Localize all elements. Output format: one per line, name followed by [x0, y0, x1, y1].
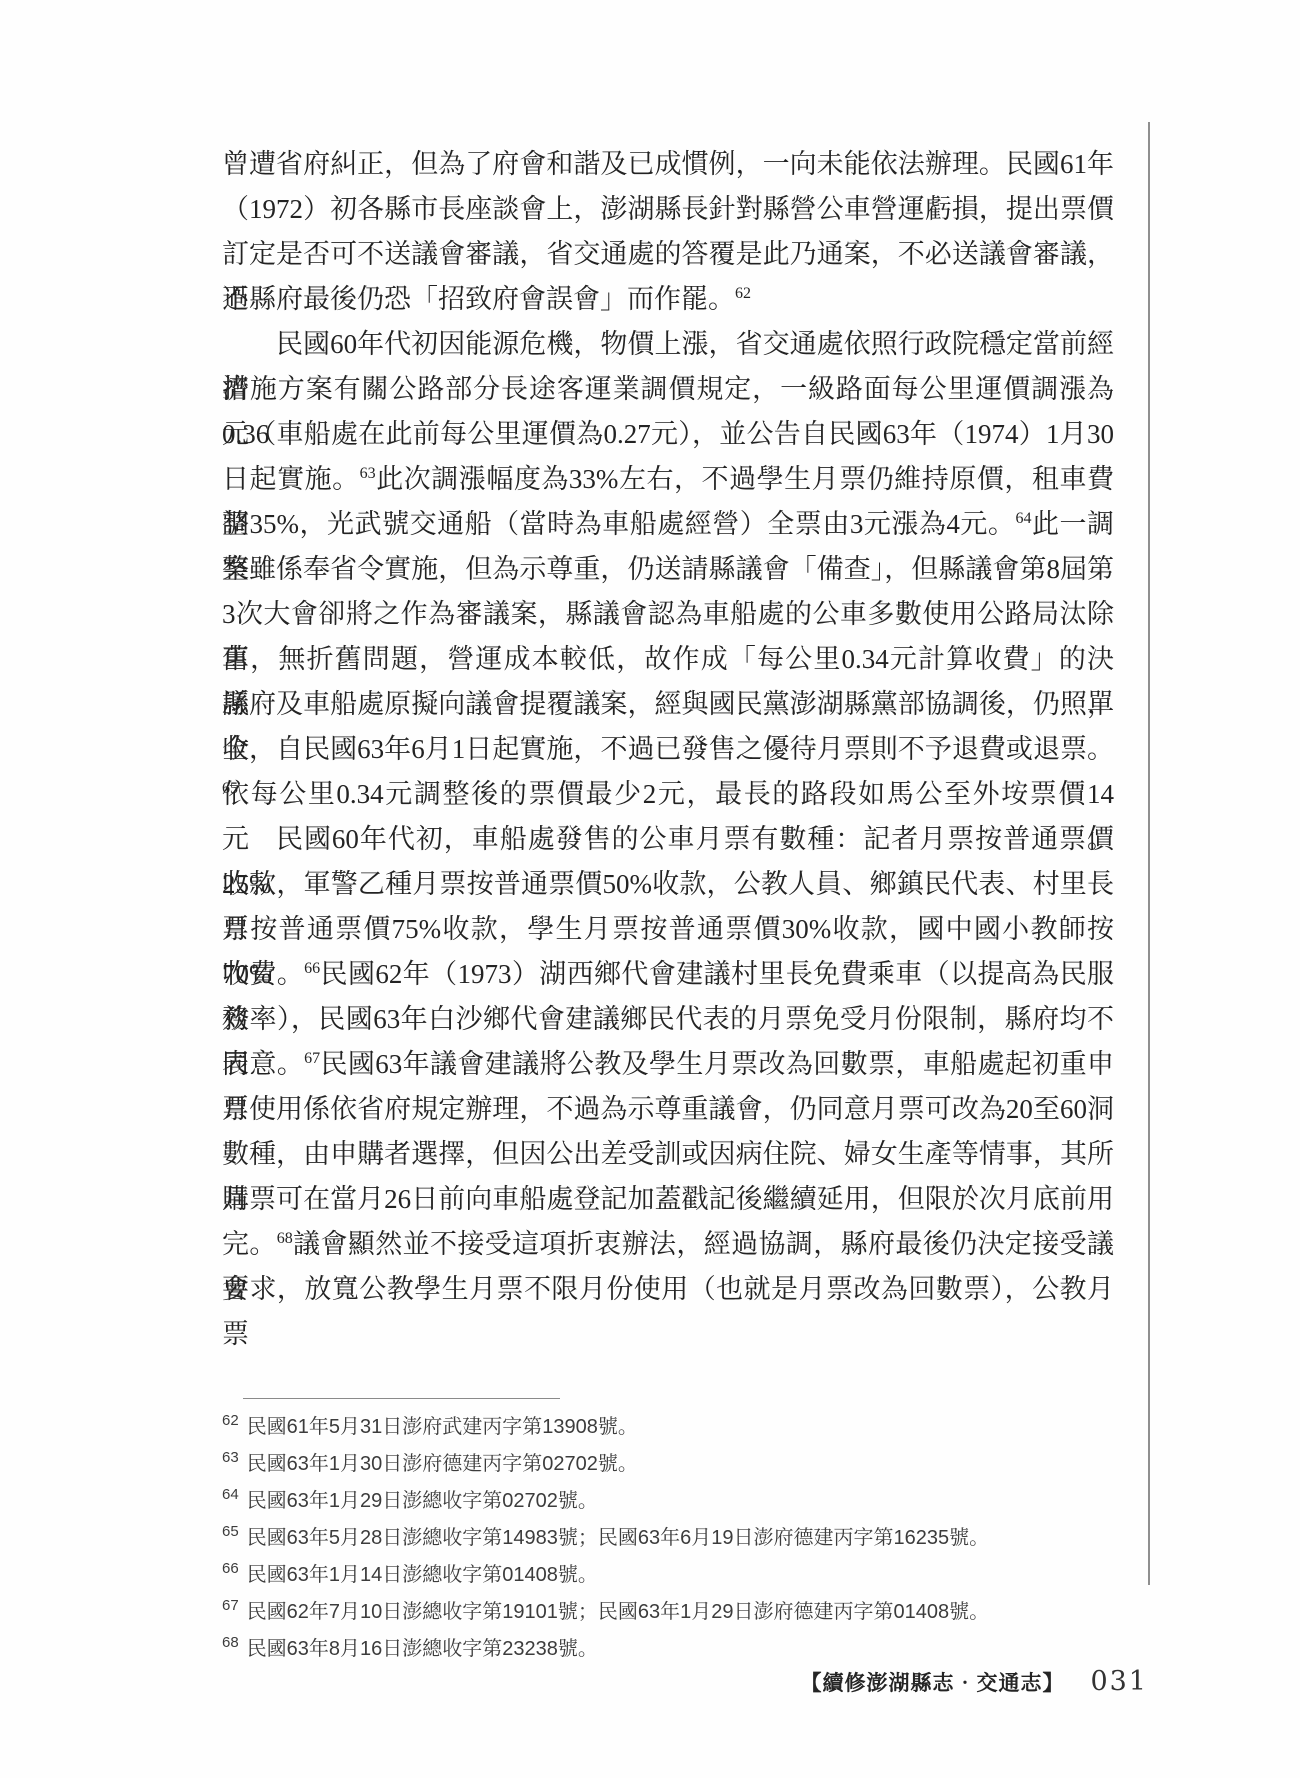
page-footer: 【續修澎湖縣志‧交通志】 031: [800, 1666, 1148, 1697]
footnote: 64民國63年1月29日澎總收字第02702號。: [222, 1483, 1102, 1520]
footnote: 67民國62年7月10日澎總收字第19101號；民國63年1月29日澎府德建丙字…: [222, 1594, 1102, 1631]
text-line: 依每公里0.34元調整後的票價最少2元，最長的路段如馬公至外垵票價14元。: [222, 772, 1114, 817]
text-line: （1972）初各縣市長座談會上，澎湖縣長針對縣營公車營運虧損，提出票價: [222, 187, 1114, 232]
paragraph: 曾遭省府糾正，但為了府會和諧及已成慣例，一向未能依法辦理。民國61年（1972）…: [222, 142, 1114, 322]
footnote-ref: 63: [360, 465, 376, 482]
text-line: 3次大會卻將之作為審議案，縣議會認為車船處的公車多數使用公路局汰除舊: [222, 592, 1114, 637]
footnote-ref: 66: [304, 960, 320, 977]
page-number: 031: [1090, 1666, 1148, 1697]
footnote-text: 民國63年1月14日澎總收字第01408號。: [247, 1564, 598, 1586]
text-line: 月票可在當月26日前向車船處登記加蓋戳記後繼續延用，但限於次月底前用: [222, 1177, 1114, 1222]
text-line: 票使用係依省府規定辦理，不過為示尊重議會，仍同意月票可改為20至60洞: [222, 1087, 1114, 1132]
text-line: 車，無折舊問題，營運成本較低，故作成「每公里0.34元計算收費」的決議，: [222, 637, 1114, 682]
footnote-text: 民國63年1月29日澎總收字第02702號。: [247, 1490, 598, 1512]
text-line: 同意。67民國63年議會建議將公教及學生月票改為回數票，車船處起初重申月: [222, 1042, 1114, 1087]
footnote-text: 民國63年8月16日澎總收字第23238號。: [247, 1638, 598, 1660]
text-line: 效率），民國63年白沙鄉代會建議鄉民代表的月票免受月份限制，縣府均不表: [222, 997, 1114, 1042]
footnote-number: 64: [222, 1486, 239, 1503]
footnote: 65民國63年5月28日澎總收字第14983號；民國63年6月19日澎府德建丙字…: [222, 1520, 1102, 1557]
footnote-separator-rule: [243, 1398, 560, 1399]
text-line: 收款，軍警乙種月票按普通票價50%收款，公教人員、鄉鎮民代表、村里長月: [222, 862, 1114, 907]
footnote-text: 民國62年7月10日澎總收字第19101號；民國63年1月29日澎府德建丙字第0…: [247, 1601, 989, 1623]
text-line: 完。68議會顯然並不接受這項折衷辦法，經過協調，縣府最後仍決定接受議會: [222, 1222, 1114, 1267]
text-line: 收，自民國63年6月1日起實施，不過已發售之優待月票則不予退費或退票。65: [222, 727, 1114, 772]
text-line: 訂定是否可不送議會審議，省交通處的答覆是此乃通案，不必送議會審議，不: [222, 232, 1114, 277]
footnote-ref: 68: [277, 1230, 293, 1247]
footnote: 63民國63年1月30日澎府德建丙字第02702號。: [222, 1446, 1102, 1483]
book-page: 曾遭省府糾正，但為了府會和諧及已成慣例，一向未能依法辦理。民國61年（1972）…: [0, 0, 1300, 1778]
footnote-ref: 64: [1015, 510, 1031, 527]
footnote-number: 67: [222, 1597, 239, 1614]
text-line: 民國60年代初因能源危機，物價上漲，省交通處依照行政院穩定當前經濟: [222, 322, 1114, 367]
footnote-number: 63: [222, 1449, 239, 1466]
footnote-number: 68: [222, 1634, 239, 1651]
footnote-ref: 67: [304, 1050, 320, 1067]
footnote-number: 66: [222, 1560, 239, 1577]
text-line: 元（車船處在此前每公里運價為0.27元），並公告自民國63年（1974）1月30: [222, 412, 1114, 457]
footnote: 68民國63年8月16日澎總收字第23238號。: [222, 1631, 1102, 1668]
text-line: 案雖係奉省令實施，但為示尊重，仍送請縣議會「備查」，但縣議會第8屆第: [222, 547, 1114, 592]
footnote-text: 民國63年5月28日澎總收字第14983號；民國63年6月19日澎府德建丙字第1…: [247, 1527, 989, 1549]
footnote: 62民國61年5月31日澎府武建丙字第13908號。: [222, 1409, 1102, 1446]
footer-book-title: 【續修澎湖縣志‧交通志】: [800, 1667, 1064, 1697]
text-line: 縣府及車船處原擬向議會提覆議案，經與國民黨澎湖縣黨部協調後，仍照單全: [222, 682, 1114, 727]
text-line: 要求，放寬公教學生月票不限月份使用（也就是月票改為回數票），公教月票: [222, 1267, 1114, 1312]
right-margin-rule: [1148, 122, 1150, 1585]
body-text: 曾遭省府糾正，但為了府會和諧及已成慣例，一向未能依法辦理。民國61年（1972）…: [222, 142, 1114, 1312]
text-line: 票按普通票價75%收款，學生月票按普通票價30%收款，國中國小教師按70%: [222, 907, 1114, 952]
text-line: 措施方案有關公路部分長途客運業調價規定，一級路面每公里運價調漲為0.36: [222, 367, 1114, 412]
footnote-text: 民國61年5月31日澎府武建丙字第13908號。: [247, 1416, 638, 1438]
paragraph: 民國60年代初，車船處發售的公車月票有數種：記者月票按普通票價25%收款，軍警乙…: [222, 817, 1114, 1312]
text-line: 日起實施。63此次調漲幅度為33%左右，不過學生月票仍維持原價，租車費調: [222, 457, 1114, 502]
footnote-ref: 62: [735, 285, 751, 302]
footnote-number: 62: [222, 1412, 239, 1429]
text-line: 數種，由申購者選擇，但因公出差受訓或因病住院、婦女生產等情事，其所購: [222, 1132, 1114, 1177]
footnotes-list: 62民國61年5月31日澎府武建丙字第13908號。63民國63年1月30日澎府…: [222, 1409, 1102, 1668]
footnote-text: 民國63年1月30日澎府德建丙字第02702號。: [247, 1453, 638, 1475]
text-line: 過縣府最後仍恐「招致府會誤會」而作罷。62: [222, 277, 1114, 322]
text-line: 整35%，光武號交通船（當時為車船處經營）全票由3元漲為4元。64此一調整: [222, 502, 1114, 547]
footnote: 66民國63年1月14日澎總收字第01408號。: [222, 1557, 1102, 1594]
footnote-number: 65: [222, 1523, 239, 1540]
paragraph: 民國60年代初因能源危機，物價上漲，省交通處依照行政院穩定當前經濟措施方案有關公…: [222, 322, 1114, 817]
text-line: 民國60年代初，車船處發售的公車月票有數種：記者月票按普通票價25%: [222, 817, 1114, 862]
text-line: 曾遭省府糾正，但為了府會和諧及已成慣例，一向未能依法辦理。民國61年: [222, 142, 1114, 187]
text-line: 收費。66民國62年（1973）湖西鄉代會建議村里長免費乘車（以提高為民服務: [222, 952, 1114, 997]
